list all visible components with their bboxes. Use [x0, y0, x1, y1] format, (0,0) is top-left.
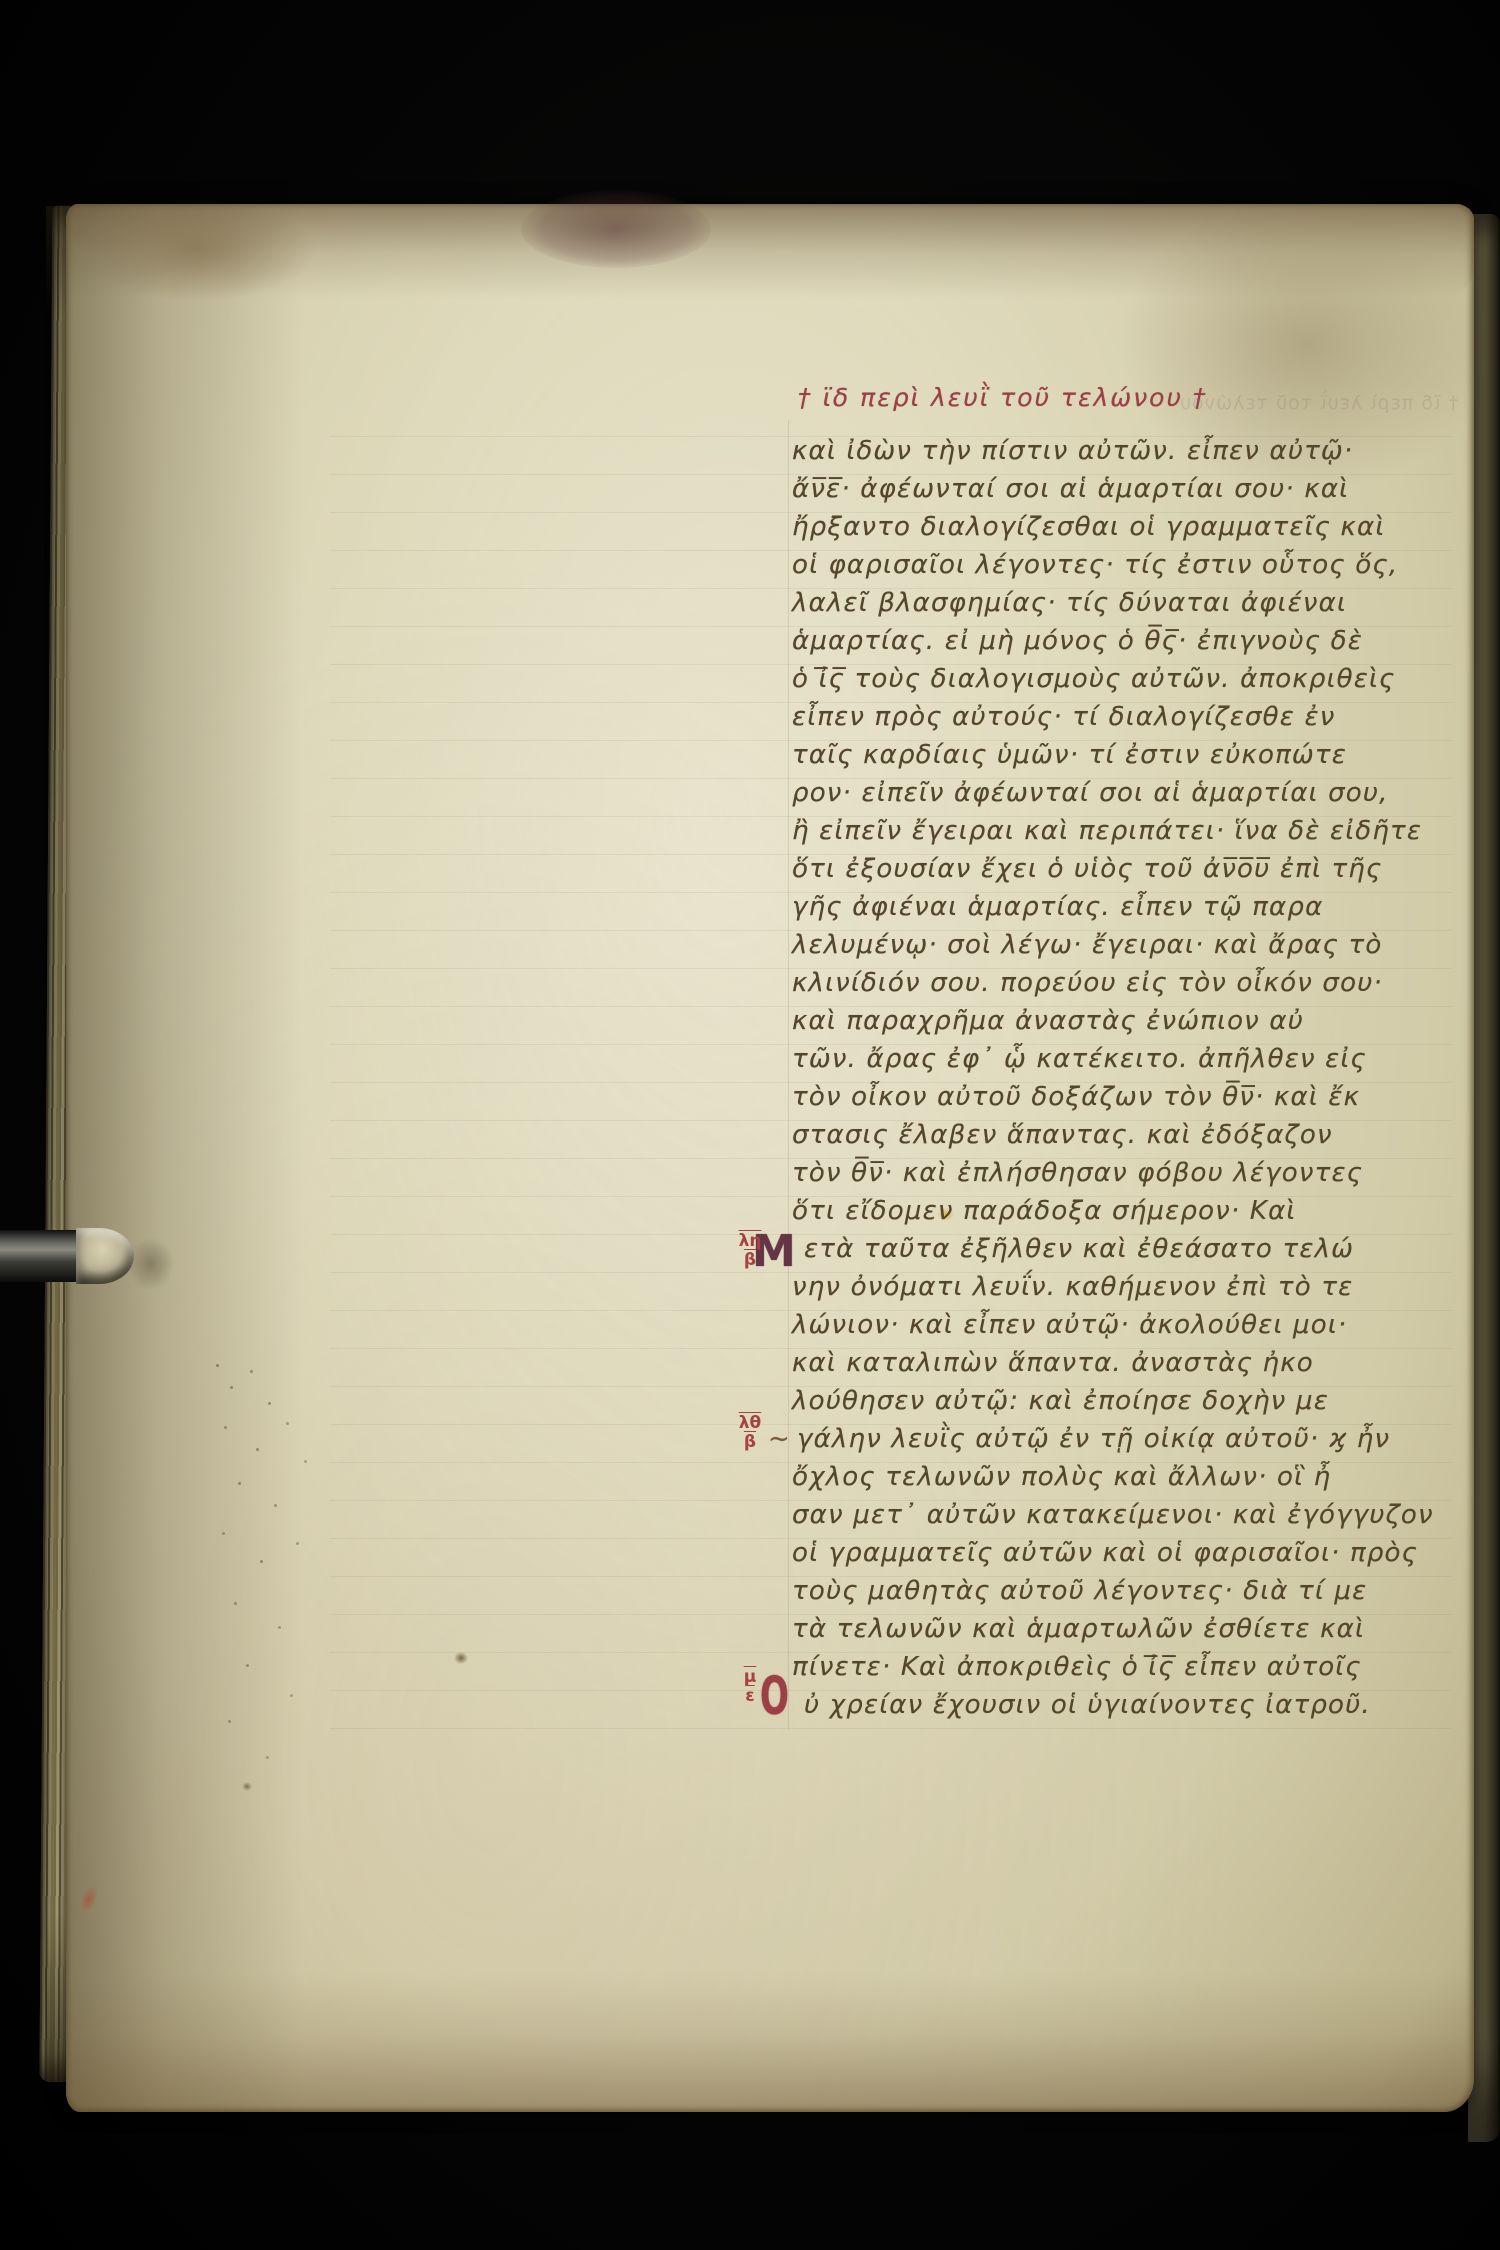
chapter-rubric-title: † ϊδ περὶ λευῒ τοῦ τελώνου † [798, 383, 1218, 412]
text-line: ετὰ ταῦτα ἐξῆλθεν καὶ ἐθεάσατο τελώ [792, 1230, 1452, 1268]
canon-number: β [728, 1251, 772, 1270]
brown-spot [242, 1782, 252, 1791]
section-number: μ [728, 1668, 772, 1687]
text-block: καὶ ἰδὼν τὴν πίστιν αὐτῶν. εἶπεν αὐτῷ·ἄν… [792, 432, 1452, 1724]
photograph-of-manuscript-page: † ϊδ περὶ λευῒ τοῦ τελώνου † ϊδ περὶ λευ… [0, 0, 1500, 2250]
text-line: ὅτι εἴδομεν παράδοξα σήμερον· Καὶ [792, 1192, 1452, 1230]
section-number: λθ [728, 1414, 772, 1433]
canon-number: ε [728, 1687, 772, 1706]
ammonian-section-number: με [728, 1668, 772, 1706]
text-line: λώνιον· καὶ εἶπεν αὐτῷ· ἀκολούθει μοι· [792, 1306, 1452, 1344]
canon-number: β [728, 1433, 772, 1452]
text-line: σαν μετ᾽ αὐτῶν κατακείμενοι· καὶ ἐγόγγυζ… [792, 1496, 1452, 1534]
text-line: τὸν οἶκον αὐτοῦ δοξάζων τὸν θ̅ν̅· καὶ ἔκ [792, 1078, 1452, 1116]
margin-ruling-line [788, 420, 789, 1730]
text-line: λελυμένῳ· σοὶ λέγω· ἔγειραι· καὶ ἄρας τὸ [792, 926, 1452, 964]
text-line: ὄχλος τελωνῶν πολὺς καὶ ἄλλων· οἳ ἦ [792, 1458, 1452, 1496]
bottom-edge-shading [66, 1972, 1474, 2112]
ammonian-section-number: λθβ [728, 1414, 772, 1452]
rod-glass-tip [76, 1228, 134, 1284]
ammonian-section-number: ληβ [728, 1232, 772, 1270]
text-line: οἱ φαρισαῖοι λέγοντες· τίς ἐστιν οὗτος ὅ… [792, 546, 1452, 584]
purple-stain [521, 190, 711, 268]
text-line: καὶ ἰδὼν τὴν πίστιν αὐτῶν. εἶπεν αὐτῷ· [792, 432, 1452, 470]
text-line: καὶ καταλιπὼν ἅπαντα. ἀναστὰς ἠκο [792, 1344, 1452, 1382]
text-line: εἶπεν πρὸς αὐτούς· τί διαλογίζεσθε ἐν [792, 698, 1452, 736]
text-line: στασις ἔλαβεν ἅπαντας. καὶ ἐδόξαζον [792, 1116, 1452, 1154]
text-line: κλινίδιόν σου. πορεύου εἰς τὸν οἶκόν σου… [792, 964, 1452, 1002]
text-line: νην ὀνόματι λευΐν. καθήμενον ἐπὶ τὸ τε [792, 1268, 1452, 1306]
text-line: οἱ γραμματεῖς αὐτῶν καὶ οἱ φαρισαῖοι· πρ… [792, 1534, 1452, 1572]
text-line: ἢ εἰπεῖν ἔγειραι καὶ περιπάτει· ἵνα δὲ ε… [792, 812, 1452, 850]
text-line: ὅτι ἐξουσίαν ἔχει ὁ υἱὸς τοῦ ἀν̅ο̅υ̅ ἐπὶ… [792, 850, 1452, 888]
glass-page-weight [0, 1226, 134, 1286]
text-line: τὰ τελωνῶν καὶ ἁμαρτωλῶν ἐσθίετε καὶ [792, 1610, 1452, 1648]
text-line: καὶ παραχρῆμα ἀναστὰς ἐνώπιον αὐ [792, 1002, 1452, 1040]
text-line: ἄν̅ε̅· ἀφέωνταί σοι αἱ ἁμαρτίαι σου· καὶ [792, 470, 1452, 508]
text-line: γῆς ἀφιέναι ἁμαρτίας. εἶπεν τῷ παρα [792, 888, 1452, 926]
text-line: ~γάλην λευῒς αὐτῷ ἐν τῇ οἰκίᾳ αὐτοῦ· ϗ ἦ… [792, 1420, 1452, 1458]
text-line: τοὺς μαθητὰς αὐτοῦ λέγοντες· διὰ τί με [792, 1572, 1452, 1610]
text-line: ρον· εἰπεῖν ἀφέωνταί σοι αἱ ἁμαρτίαι σου… [792, 774, 1452, 812]
text-line: ἤρξαντο διαλογίζεσθαι οἱ γραμματεῖς καὶ [792, 508, 1452, 546]
text-line: τὸν θ̅ν̅· καὶ ἐπλήσθησαν φόβου λέγοντες [792, 1154, 1452, 1192]
gutter-shadow [66, 204, 316, 2112]
section-number: λη [728, 1232, 772, 1251]
text-line: τῶν. ἄρας ἐφ᾽ ᾧ κατέκειτο. ἀπῆλθεν εἰς [792, 1040, 1452, 1078]
text-line: ἁμαρτίας. εἰ μὴ μόνος ὁ θ̅ς̅· ἐπιγνοὺς δ… [792, 622, 1452, 660]
text-line: πίνετε· Καὶ ἀποκριθεὶς ὁ ἰ̅ς̅ εἶπεν αὐτο… [792, 1648, 1452, 1686]
follicle-speckles [216, 1364, 219, 1367]
rod-shadow [128, 1238, 174, 1290]
text-line: λούθησεν αὐτῷ: καὶ ἐποίησε δοχὴν με [792, 1382, 1452, 1420]
text-line: ταῖς καρδίαις ὑμῶν· τί ἐστιν εὐκοπώτε [792, 736, 1452, 774]
text-line: ὁ ἰ̅ς̅ τοὺς διαλογισμοὺς αὐτῶν. ἀποκριθε… [792, 660, 1452, 698]
text-line: ὐ χρείαν ἔχουσιν οἱ ὑγιαίνοντες ἰατροῦ. [792, 1686, 1452, 1724]
top-left-stain [84, 200, 314, 300]
text-line: λαλεῖ βλασφημίας· τίς δύναται ἀφιέναι [792, 584, 1452, 622]
